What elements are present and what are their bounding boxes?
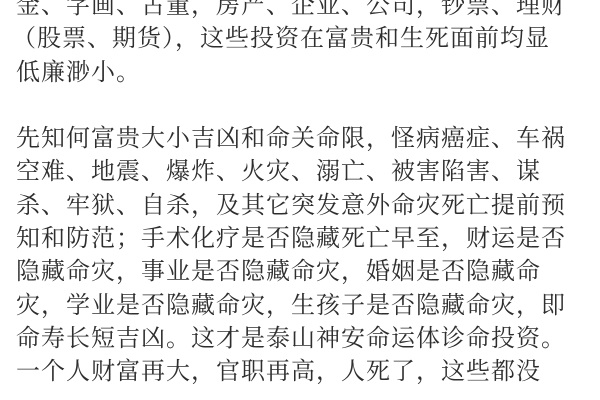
paragraph-foreknowledge: 先知何富贵大小吉凶和命关命限，怪病癌症、车祸 空难、地震、爆炸、火灾、溺亡、被害… <box>16 122 591 388</box>
paragraph-investments: 金、字画、古董，房产、企业、公司，钞票、理财 （股票、期货），这些投资在富贵和生… <box>16 0 591 89</box>
article-body: 金、字画、古董，房产、企业、公司，钞票、理财 （股票、期货），这些投资在富贵和生… <box>16 0 591 389</box>
text-line: 隐藏命灾，事业是否隐藏命灾，婚姻是否隐藏命 <box>16 255 591 288</box>
text-line: 空难、地震、爆炸、火灾、溺亡、被害陷害、谋 <box>16 155 591 188</box>
text-line: 灾，学业是否隐藏命灾，生孩子是否隐藏命灾，即 <box>16 289 591 322</box>
text-line: 一个人财富再大，官职再高，人死了，这些都没 <box>16 355 591 388</box>
article-page: 金、字画、古董，房产、企业、公司，钞票、理财 （股票、期货），这些投资在富贵和生… <box>0 0 600 400</box>
text-line: 杀、牢狱、自杀，及其它突发意外命灾死亡提前预 <box>16 189 591 222</box>
text-line: 金、字画、古董，房产、企业、公司，钞票、理财 <box>16 0 591 22</box>
text-line: 命寿长短吉凶。这才是泰山神安命运体诊命投资。 <box>16 322 591 355</box>
text-line: 知和防范；手术化疗是否隐藏死亡早至，财运是否 <box>16 222 591 255</box>
text-line: 先知何富贵大小吉凶和命关命限，怪病癌症、车祸 <box>16 122 591 155</box>
text-line: 低廉渺小。 <box>16 56 591 89</box>
text-line: （股票、期货），这些投资在富贵和生死面前均显 <box>12 22 591 55</box>
